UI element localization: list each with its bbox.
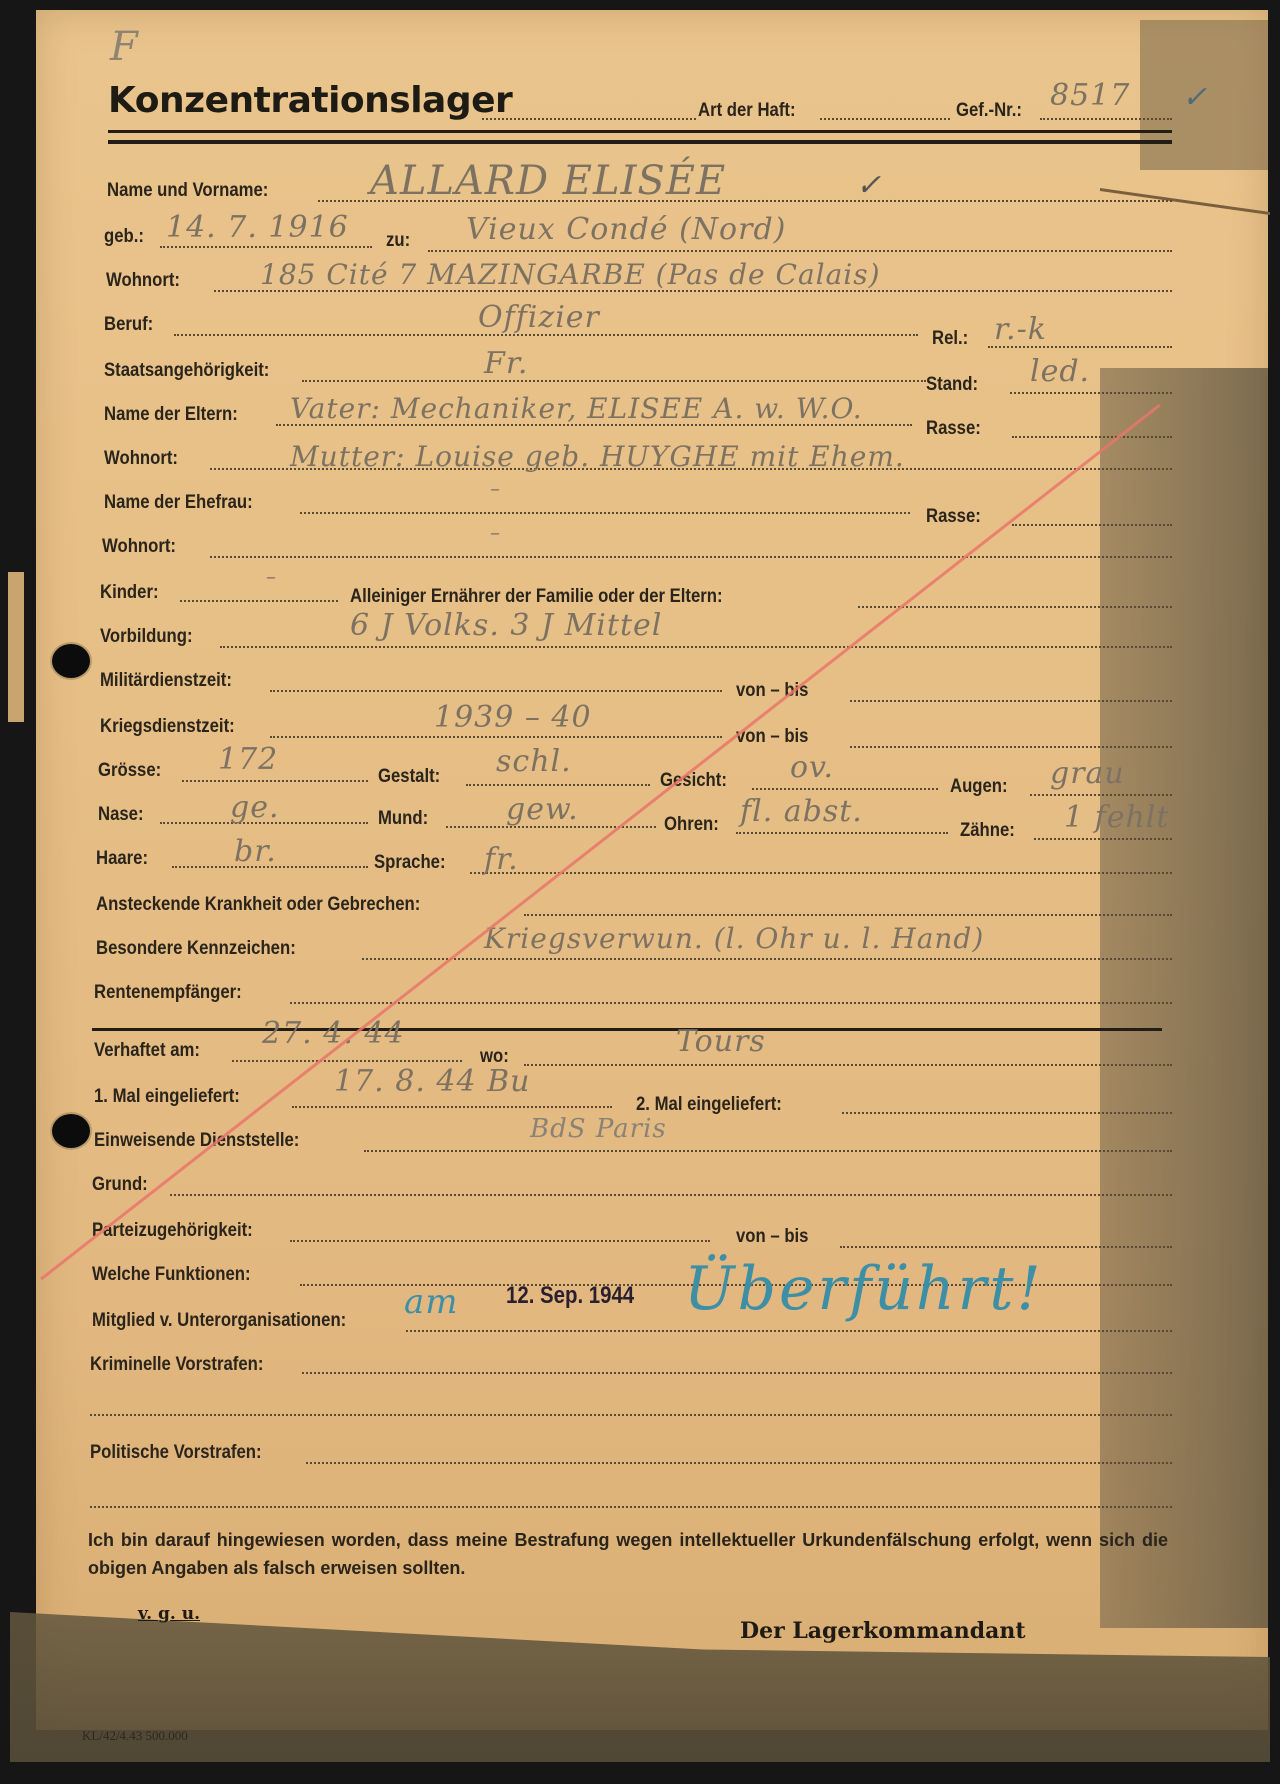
haare-value: br. (234, 834, 277, 869)
ohren-line (736, 832, 948, 834)
kriegsdienstzeit-line (270, 736, 722, 738)
gesicht-value: ov. (790, 750, 834, 785)
partei-label: Parteizugehörigkeit: (92, 1220, 253, 1242)
geb-value: 14. 7. 1916 (166, 210, 349, 245)
funktionen-label: Welche Funktionen: (92, 1264, 251, 1286)
verhaftet-line (232, 1060, 462, 1062)
krankheit-label: Ansteckende Krankheit oder Gebrechen: (96, 894, 420, 916)
gestalt-value: schl. (496, 744, 572, 779)
eltern-value: Vater: Mechaniker, ELISEE A. w. W.O. (290, 392, 863, 425)
nase-label: Nase: (98, 804, 144, 826)
header-rule-thick (108, 140, 1172, 144)
art-der-haft-line (820, 118, 950, 120)
commandant-label: Der Lagerkommandant (740, 1618, 1026, 1644)
partei-vonbis-line (840, 1246, 1172, 1248)
rente-label: Rentenempfänger: (94, 982, 242, 1004)
mitglied-line (406, 1330, 1172, 1332)
ernaehrer-line (858, 606, 1172, 608)
gef-nr-line (1040, 118, 1172, 120)
gef-nr-label: Gef.-Nr.: (956, 100, 1022, 122)
wohnort-label: Wohnort: (106, 270, 180, 292)
militaerdienstzeit-vonbis-line (850, 700, 1172, 702)
mal2-line (842, 1112, 1172, 1114)
eltern-rasse-label: Rasse: (926, 418, 981, 440)
partei-line (290, 1240, 710, 1242)
zaehne-line (1034, 838, 1172, 840)
kriegsdienstzeit-value: 1939 – 40 (434, 700, 592, 735)
zaehne-value: 1 fehlt (1064, 800, 1169, 835)
kriegsdienstzeit-label: Kriegsdienstzeit: (100, 716, 235, 738)
dienststelle-value: BdS Paris (530, 1114, 667, 1144)
politisch-line-2 (90, 1506, 1172, 1508)
eltern-rasse-line (1012, 436, 1172, 438)
verhaftet-value: 27. 4. 44 (262, 1016, 405, 1051)
ehefrau-rasse-label: Rasse: (926, 506, 981, 528)
vorbildung-value: 6 J Volks. 3 J Mittel (350, 608, 662, 643)
dienststelle-line (364, 1150, 1172, 1152)
augen-label: Augen: (950, 776, 1008, 798)
rel-value: r.-k (994, 312, 1047, 347)
zu-label: zu: (386, 230, 410, 252)
politisch-label: Politische Vorstrafen: (90, 1442, 262, 1464)
kinder-value: – (266, 564, 277, 588)
gesicht-line (752, 788, 938, 790)
staatsangehoerigkeit-label: Staatsangehörigkeit: (104, 360, 269, 382)
dienststelle-label: Einweisende Dienststelle: (94, 1130, 299, 1152)
stand-label: Stand: (926, 374, 978, 396)
ohren-value: fl. abst. (740, 794, 863, 829)
transfer-note: Überführt! (684, 1254, 1044, 1324)
zu-line (428, 250, 1172, 252)
check-mark-icon: ✓ (1182, 80, 1208, 115)
form-title: Konzentrationslager (108, 80, 512, 121)
ehefrau-value: – (490, 476, 501, 500)
geb-line (160, 246, 372, 248)
mitglied-label: Mitglied v. Unterorganisationen: (92, 1310, 346, 1332)
punch-hole-upper (50, 642, 92, 680)
vorbildung-label: Vorbildung: (100, 626, 193, 648)
ehefrau-rasse-line (1012, 524, 1172, 526)
stand-line (1010, 392, 1172, 394)
name-value: ALLARD ELISÉE (370, 158, 726, 204)
art-der-haft-label: Art der Haft: (698, 100, 796, 122)
groesse-label: Grösse: (98, 760, 161, 782)
augen-line (1030, 794, 1172, 796)
rente-line (290, 1002, 1172, 1004)
verhaftet-label: Verhaftet am: (94, 1040, 200, 1062)
mal1-line (292, 1106, 612, 1108)
ehefrau-wohnort-value: – (490, 520, 501, 544)
kennzeichen-value: Kriegsverwun. (l. Ohr u. l. Hand) (484, 922, 984, 955)
wo-value: Tours (676, 1024, 766, 1059)
beruf-value: Offizier (478, 300, 600, 335)
militaerdienstzeit-label: Militärdienstzeit: (100, 670, 232, 692)
vgu-label: v. g. u. (138, 1604, 200, 1624)
vorbildung-line (220, 646, 1172, 648)
ohren-label: Ohren: (664, 814, 719, 836)
rel-label: Rel.: (932, 328, 968, 350)
corner-mark: F (110, 24, 139, 70)
section-divider (92, 1028, 1162, 1031)
gestalt-line (466, 784, 650, 786)
transfer-prefix: am (404, 1282, 459, 1322)
sprache-label: Sprache: (374, 852, 446, 874)
sprache-line (470, 872, 1172, 874)
geb-label: geb.: (104, 226, 144, 248)
augen-value: grau (1050, 756, 1125, 791)
ehefrau-label: Name der Ehefrau: (104, 492, 253, 514)
title-dots (482, 118, 696, 120)
paper-edge-strip (8, 572, 24, 722)
eltern-wohnort-label: Wohnort: (104, 448, 178, 470)
check-mark-icon: ✓ (856, 168, 882, 203)
kennzeichen-line (362, 958, 1172, 960)
staatsangehoerigkeit-line (302, 380, 926, 382)
haare-label: Haare: (96, 848, 148, 870)
sprache-value: fr. (484, 842, 519, 877)
kriminell-line-2 (90, 1414, 1172, 1416)
politisch-line (306, 1462, 1172, 1464)
kennzeichen-label: Besondere Kennzeichen: (96, 938, 296, 960)
ehefrau-line (300, 512, 910, 514)
header-rule (108, 130, 1172, 133)
stand-value: led. (1030, 354, 1090, 389)
wo-line (524, 1064, 1172, 1066)
ernaehrer-label: Alleiniger Ernährer der Familie oder der… (350, 586, 723, 608)
kriminell-label: Kriminelle Vorstrafen: (90, 1354, 263, 1376)
grund-line (170, 1194, 1172, 1196)
nase-value: ge. (230, 790, 280, 825)
punch-hole-lower (50, 1112, 92, 1150)
groesse-line (182, 780, 368, 782)
transfer-date-stamp: 12. Sep. 1944 (506, 1282, 634, 1310)
zaehne-label: Zähne: (960, 820, 1015, 842)
mund-label: Mund: (378, 808, 428, 830)
mal1-value: 17. 8. 44 Bu (334, 1064, 530, 1099)
print-code: KL/42/4.43 500.000 (82, 1728, 188, 1744)
militaerdienstzeit-vonbis-label: von – bis (736, 680, 808, 702)
staatsangehoerigkeit-value: Fr. (484, 346, 528, 381)
ehefrau-wohnort-label: Wohnort: (102, 536, 176, 558)
gestalt-label: Gestalt: (378, 766, 440, 788)
declaration-text: Ich bin darauf hingewiesen worden, dass … (88, 1526, 1168, 1582)
gef-nr-value: 8517 (1050, 78, 1130, 113)
kriegsdienstzeit-vonbis-line (850, 746, 1172, 748)
kinder-label: Kinder: (100, 582, 159, 604)
mund-value: gew. (506, 792, 579, 827)
zu-value: Vieux Condé (Nord) (466, 212, 786, 247)
mal1-label: 1. Mal eingeliefert: (94, 1086, 240, 1108)
grund-label: Grund: (92, 1174, 148, 1196)
mal2-label: 2. Mal eingeliefert: (636, 1094, 782, 1116)
kinder-line (180, 600, 338, 602)
militaerdienstzeit-line (270, 690, 722, 692)
wohnort-value: 185 Cité 7 MAZINGARBE (Pas de Calais) (260, 258, 881, 291)
eltern-label: Name der Eltern: (104, 404, 238, 426)
name-label: Name und Vorname: (107, 180, 268, 202)
krankheit-line (524, 914, 1172, 916)
eltern-wohnort-value: Mutter: Louise geb. HUYGHE mit Ehem. (290, 440, 905, 473)
kriminell-line (302, 1372, 1172, 1374)
ehefrau-wohnort-line (210, 556, 1172, 558)
groesse-value: 172 (218, 742, 278, 777)
beruf-label: Beruf: (104, 314, 153, 336)
partei-vonbis-label: von – bis (736, 1226, 808, 1248)
